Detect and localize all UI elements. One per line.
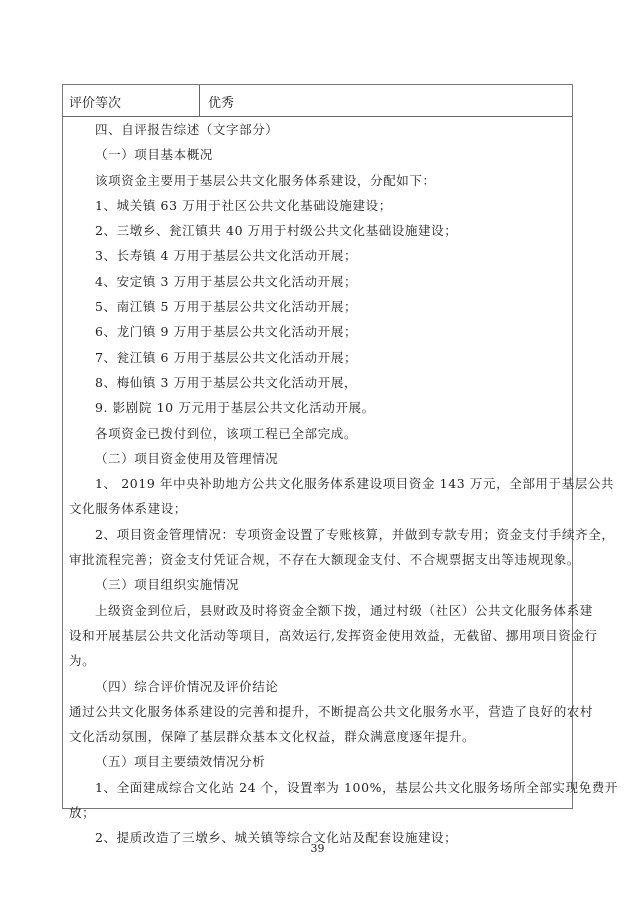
text-line: 该项资金主要用于基层公共文化服务体系建设，分配如下： [69,168,566,193]
text-line: 1、全面建成综合文化站 24 个，设置率为 100%，基层公共文化服务场所全部实… [69,775,566,800]
text-line: 7、瓮江镇 6 万用于基层公共文化活动开展； [69,345,566,370]
text-line: （三）项目组织实施情况 [69,572,566,597]
text-line: 8、梅仙镇 3 万用于基层公共文化活动开展， [69,370,566,395]
text-line: 4、安定镇 3 万用于基层公共文化活动开展； [69,269,566,294]
grade-row: 评价等次 优秀 [63,85,572,117]
text-line: （五）项目主要绩效情况分析 [69,749,566,774]
text-line: 1、城关镇 63 万用于社区公共文化基础设施建设； [69,193,566,218]
text-line: （二）项目资金使用及管理情况 [69,446,566,471]
text-line: 放； [69,800,566,825]
text-line: 5、南江镇 5 万用于基层公共文化活动开展； [69,294,566,319]
text-line: 1、 2019 年中央补助地方公共文化服务体系建设项目资金 143 万元，全部用… [69,471,566,496]
text-line: 设和开展基层公共文化活动等项目，高效运行,发挥资金使用效益，无截留、挪用项目资金… [69,623,566,648]
text-line: 6、龙门镇 9 万用于基层公共文化活动开展； [69,319,566,344]
text-line: 审批流程完善；资金支付凭证合规，不存在大额现金支付、不合规票据支出等违规现象。 [69,547,566,572]
text-line: （四）综合评价情况及评价结论 [69,674,566,699]
text-line: （一）项目基本概况 [69,142,566,167]
text-line: 3、长寿镇 4 万用于基层公共文化活动开展； [69,243,566,268]
evaluation-table: 评价等次 优秀 四、自评报告综述（文字部分）（一）项目基本概况该项资金主要用于基… [62,84,573,809]
self-evaluation-text: 四、自评报告综述（文字部分）（一）项目基本概况该项资金主要用于基层公共文化服务体… [63,117,572,851]
text-line: 9. 影剧院 10 万元用于基层公共文化活动开展。 [69,395,566,420]
text-line: 四、自评报告综述（文字部分） [69,117,566,142]
text-line: 为。 [69,648,566,673]
text-line: 2、项目资金管理情况：专项资金设置了专账核算，并做到专款专用；资金支付手续齐全， [69,522,566,547]
grade-value: 优秀 [208,92,234,111]
text-line: 通过公共文化服务体系建设的完善和提升，不断提高公共文化服务水平，营造了良好的农村 [69,699,566,724]
column-divider [199,85,200,116]
page-number: 39 [0,842,635,855]
grade-label: 评价等次 [69,92,121,111]
text-line: 上级资金到位后，县财政及时将资金全额下拨，通过村级（社区）公共文化服务体系建 [69,598,566,623]
text-line: 文化服务体系建设； [69,496,566,521]
text-line: 各项资金已拨付到位，该项工程已全部完成。 [69,421,566,446]
text-line: 文化活动氛围，保障了基层群众基本文化权益，群众满意度逐年提升。 [69,724,566,749]
text-line: 2、三墩乡、瓮江镇共 40 万用于村级公共文化基础设施建设； [69,218,566,243]
